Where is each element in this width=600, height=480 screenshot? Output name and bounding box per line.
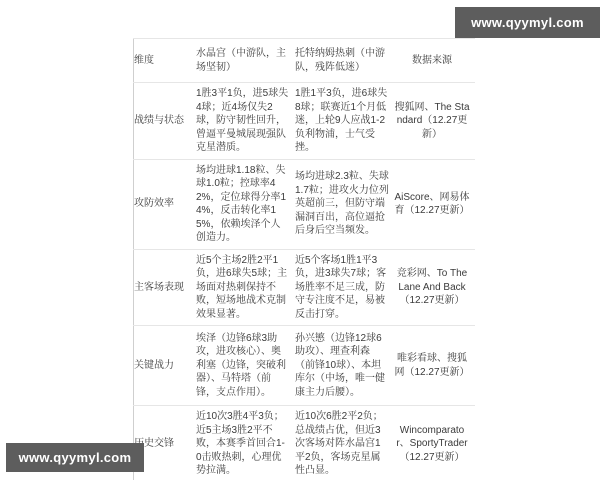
watermark-bottom-left: www.qyymyl.com bbox=[6, 443, 144, 472]
table-header-row: 维度 水晶宫（中游队，主场坚韧） 托特纳姆热刺（中游队，残阵低迷） 数据来源 bbox=[134, 39, 476, 83]
table-row-key-players: 关键战力 埃泽（边锋6球3助攻，进攻核心）、奥利塞（边锋，突破利器）、马特塔（前… bbox=[134, 326, 476, 406]
table-row-home-away-performance: 主客场表现 近5个主场2胜2平1负，进6球失5球；主场面对热刺保持不败，短场地战… bbox=[134, 249, 476, 326]
row-label: 战绩与状态 bbox=[134, 83, 197, 160]
away-team-cell: 近10次6胜2平2负；总战绩占优，但近3次客场对阵水晶宫1平2负，客场克星属性凸… bbox=[295, 406, 394, 480]
column-header-home-team: 水晶宫（中游队，主场坚韧） bbox=[196, 39, 295, 83]
home-team-cell: 近10次3胜4平3负；近5主场3胜2平不败，本赛季首回合1-0击败热刺，心理优势… bbox=[196, 406, 295, 480]
column-header-data-source: 数据来源 bbox=[394, 39, 475, 83]
source-cell: Wincomparator、SportyTrader（12.27更新） bbox=[394, 406, 475, 480]
row-label: 关键战力 bbox=[134, 326, 197, 406]
team-comparison-table: 维度 水晶宫（中游队，主场坚韧） 托特纳姆热刺（中游队，残阵低迷） 数据来源 战… bbox=[133, 38, 475, 480]
column-header-dimension: 维度 bbox=[134, 39, 197, 83]
away-team-cell: 1胜1平3负，进6球失8球；联赛近1个月低迷，上轮9人应战1-2负利物浦，士气受… bbox=[295, 83, 394, 160]
away-team-cell: 孙兴慜（边锋12球6助攻）、理查利森（前锋10球）、本坦库尔（中场，唯一健康主力… bbox=[295, 326, 394, 406]
row-label: 主客场表现 bbox=[134, 249, 197, 326]
row-label: 攻防效率 bbox=[134, 159, 197, 249]
source-cell: 搜狐网、The Standard（12.27更新） bbox=[394, 83, 475, 160]
column-header-away-team: 托特纳姆热刺（中游队，残阵低迷） bbox=[295, 39, 394, 83]
watermark-top-right: www.qyymyl.com bbox=[455, 7, 600, 38]
table-row-record-form: 战绩与状态 1胜3平1负，进5球失4球；近4场仅失2球，防守韧性回升，曾逼平曼城… bbox=[134, 83, 476, 160]
source-cell: 竞彩网、To The Lane And Back（12.27更新） bbox=[394, 249, 475, 326]
away-team-cell: 近5个客场1胜1平3负，进3球失7球；客场胜率不足三成，防守专注度不足，易被反击… bbox=[295, 249, 394, 326]
home-team-cell: 埃泽（边锋6球3助攻，进攻核心）、奥利塞（边锋，突破利器）、马特塔（前锋，支点作… bbox=[196, 326, 295, 406]
source-cell: AiScore、网易体育（12.27更新） bbox=[394, 159, 475, 249]
home-team-cell: 1胜3平1负，进5球失4球；近4场仅失2球，防守韧性回升，曾逼平曼城展现强队克星… bbox=[196, 83, 295, 160]
home-team-cell: 场均进球1.18粒、失球1.0粒；控球率42%，定位球得分率14%，反击转化率1… bbox=[196, 159, 295, 249]
table-row-head-to-head: 历史交锋 近10次3胜4平3负；近5主场3胜2平不败，本赛季首回合1-0击败热刺… bbox=[134, 406, 476, 480]
home-team-cell: 近5个主场2胜2平1负，进6球失5球；主场面对热刺保持不败，短场地战术克制效果显… bbox=[196, 249, 295, 326]
table-row-attack-defense-efficiency: 攻防效率 场均进球1.18粒、失球1.0粒；控球率42%，定位球得分率14%，反… bbox=[134, 159, 476, 249]
source-cell: 唯彩看球、搜狐网（12.27更新） bbox=[394, 326, 475, 406]
away-team-cell: 场均进球2.3粒、失球1.7粒；进攻火力位列英超前三，但防守端漏洞百出，高位逼抢… bbox=[295, 159, 394, 249]
